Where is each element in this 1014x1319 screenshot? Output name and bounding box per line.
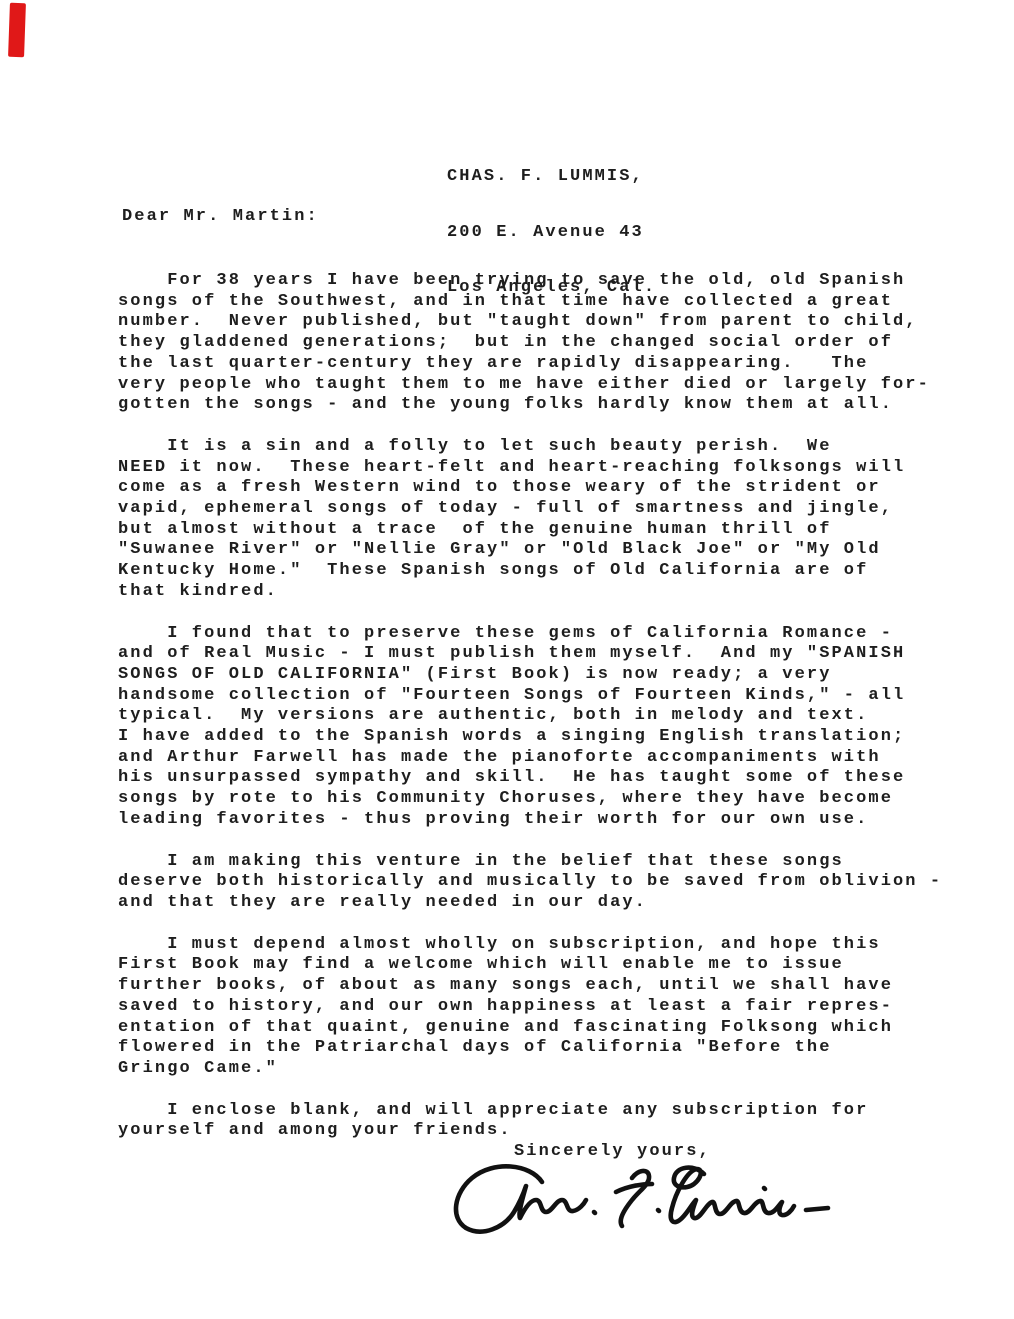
red-corner-mark (8, 3, 26, 58)
paragraph-6: I enclose blank, and will appreciate any… (118, 1101, 928, 1142)
signature-script-icon (446, 1156, 846, 1256)
paragraph-2: It is a sin and a folly to let such beau… (118, 437, 928, 603)
paragraph-4: I am making this venture in the belief t… (118, 852, 928, 914)
letterhead-street: 200 E. Avenue 43 (447, 224, 656, 243)
paragraph-1: For 38 years I have been trying to save … (118, 271, 928, 416)
letter-page: CHAS. F. LUMMIS, 200 E. Avenue 43 Los An… (0, 0, 1014, 1319)
letter-body: For 38 years I have been trying to save … (118, 271, 928, 1163)
paragraph-3: I found that to preserve these gems of C… (118, 624, 928, 831)
paragraph-5: I must depend almost wholly on subscript… (118, 935, 928, 1080)
signature-block: Chas. F. Lummis - (446, 1156, 846, 1256)
salutation: Dear Mr. Martin: (122, 207, 319, 228)
letterhead-name: CHAS. F. LUMMIS, (447, 168, 656, 187)
